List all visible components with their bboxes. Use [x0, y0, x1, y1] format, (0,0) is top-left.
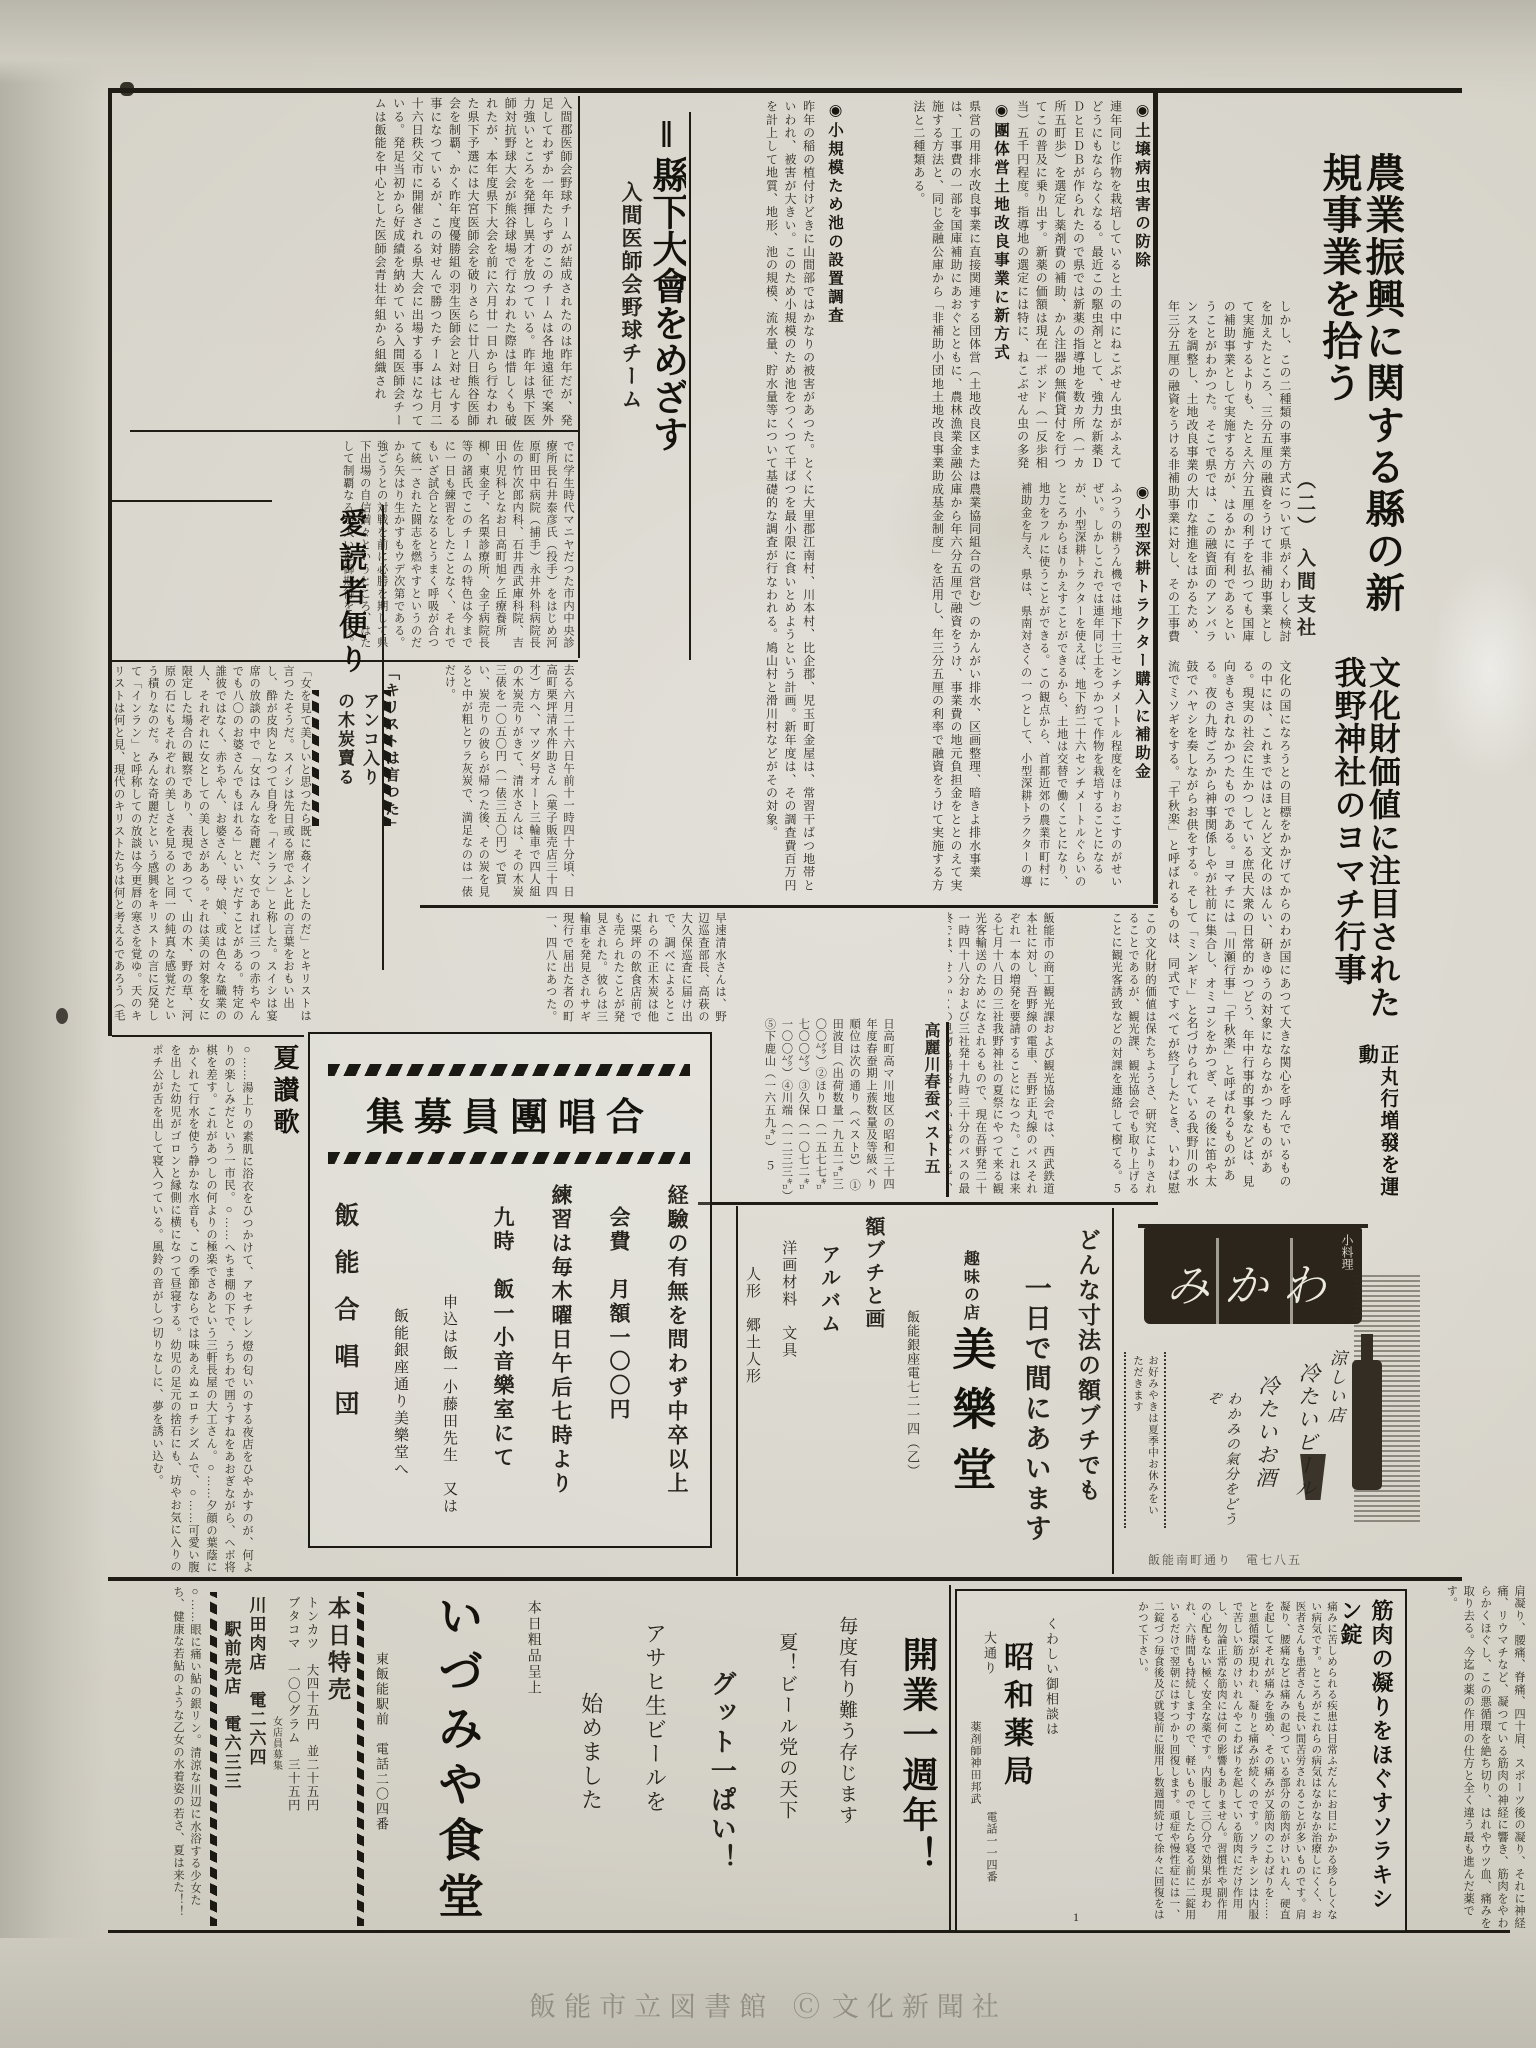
- ad-izumiya-beer1: アサヒ生ビールを: [640, 1622, 671, 1814]
- article-tractor: ◉小型深耕トラクター購入に補助金 ふつうの耕うん機では地下十三センチメートル程度…: [1015, 482, 1151, 900]
- column-natsusanka-title: 夏讃歌: [266, 1044, 303, 1574]
- bottle-illustration: [1352, 1360, 1382, 1490]
- footer-credit: 飯能市立図書館 Ⓒ文化新聞社: [529, 1985, 1007, 2024]
- wavy-rule: [328, 1152, 690, 1164]
- ad-birakudo-phone: 飯能銀座電七二一四（乙）: [903, 1310, 922, 1478]
- article-yomachi-head1: 文化財価値に注目された: [1365, 656, 1400, 1038]
- article-charcoal-body2: 早速清水さんは、野辺巡査部長、高萩の大久保巡査に届け出で、調べによるとこれらの不…: [420, 912, 728, 1028]
- article-yomachi-head2: 我野神社のヨマチ行事: [1331, 656, 1366, 1038]
- ad-choir-line1: 経驗の有無を問わず中卒以上: [662, 1184, 692, 1496]
- article-shomaru-head: 正丸行増發を運動: [1354, 1044, 1398, 1216]
- ad-choir-line4: 九時 飯一小音樂室にて: [488, 1206, 518, 1470]
- article-reservoir-head: ◉小規模ため池の設置調査: [825, 100, 844, 900]
- article-charcoal-body-text: 去る六月二十六日午前十一時四十分頃、日高町栗坪清水件助さん（菓子販売店三十四才）…: [443, 664, 574, 898]
- article-yomachi-headline: 文化財価値に注目された 我野神社のヨマチ行事: [1302, 656, 1400, 1038]
- ad-izumiya-name: いづみや食堂: [424, 1592, 490, 1928]
- ad-wakami-copy2: 冷たいビール: [1289, 1362, 1324, 1501]
- ad-birakudo-name: 美樂堂: [945, 1326, 994, 1506]
- rule-h5: [112, 1035, 304, 1037]
- wavy-rule: [312, 690, 319, 826]
- copyright-icon: Ⓒ: [793, 1992, 828, 2022]
- column-natsusanka: 夏讃歌 ○……湯上りの素肌に浴衣をひつかけて、アセチレン燈の匂いのする夜店をひや…: [113, 1044, 303, 1574]
- article-baseball-headline: ‖縣下大會をめざす 入間医師会野球チーム: [582, 115, 686, 545]
- article-soil-pest-head: ◉土壌病虫害の防除: [1132, 100, 1151, 472]
- series-headline-text: 農業振興に関する縣の新規事業を拾う: [1318, 152, 1404, 614]
- ad-wakami: 小料理 みかわ 涼しい店 冷たいビール 冷たいお酒 わかみの氣分をどうぞ お好み…: [1118, 1212, 1438, 1572]
- footer-library: 飯能市立図書館: [529, 1992, 774, 2022]
- article-silkworm-head: 高麗川春蚕ベスト五: [902, 1022, 949, 1197]
- newspaper-page: 農業振興に関する縣の新規事業を拾う （二） 入間支社 しかし、この二種類の事業方…: [0, 0, 1536, 2048]
- article-tractor-head: ◉小型深耕トラクター購入に補助金: [1132, 482, 1151, 900]
- ad-izumiya-beer2: 始めました: [576, 1692, 607, 1812]
- ad-choir-line3: 練習は毎木曜日午后七時より: [546, 1184, 576, 1496]
- article-baseball-body2-text: でに学生時代マニヤだつた市内中央診療所長石井泰彦氏（投手）をはじめ河原町田中病院…: [340, 440, 574, 649]
- ad-izumiya: 開業一週年！ 毎度有り難う存じます 夏！ビール党の天下 グット一ぱい！ アサヒ生…: [372, 1592, 944, 1930]
- article-land-improvement-body: 県営の用排水改良事業に直接関連する団体営（土地改良区または農業協同組合の営む）の…: [912, 100, 982, 892]
- ad-kawada-head: 本日特売: [321, 1596, 354, 1704]
- article-yomachi-body2-text: この文化財的価値は保たちようさ、研究によりされることであるが、観光課、観光協会で…: [1110, 912, 1156, 1195]
- ink-speck: [56, 1008, 68, 1024]
- article-soil-pest: ◉土壌病虫害の防除 連年同じ作物を栽培していると土の中にねこぶせん虫がふえてどう…: [1015, 100, 1151, 472]
- rule-v6: [949, 1585, 951, 1933]
- ad-pharmacy-intro-text: 肩凝り、腰痛、脊痛、四十肩、スポーツ後の凝り、それに神経痛、リウマチなど、凝つて…: [1445, 1585, 1525, 1929]
- rule-right-column: [1153, 92, 1158, 904]
- ad-pharmacy-intro: 肩凝り、腰痛、脊痛、四十肩、スポーツ後の凝り、それに神経痛、リウマチなど、凝つて…: [1407, 1585, 1527, 1930]
- series-intro-text: しかし、この二種類の事業方式について県がくわしく検討を加えたところ、三分五厘の融…: [1164, 300, 1292, 643]
- ad-pharmacy-shop: 昭和薬局: [993, 1641, 1037, 1793]
- article-silkworm-body: 日高町高マ川地区の昭和三十四年度春蚕期上蔟数量及等級ベり順位は次の通り（ベスト5…: [700, 1018, 896, 1198]
- series-bureau: 入間支社: [1294, 548, 1315, 640]
- footer-publisher: 文化新聞社: [832, 1992, 1007, 2022]
- ad-wakami-address: 飯能南町通り 電七八五: [1148, 1551, 1302, 1568]
- rule-v5: [1112, 1208, 1114, 1574]
- ad-izumiya-catch: グット一ぱい！: [703, 1670, 740, 1873]
- article-baseball-body2: でに学生時代マニヤだつた市内中央診療所長石井泰彦氏（投手）をはじめ河原町田中病院…: [340, 440, 576, 656]
- ad-birakudo-catch1: どんな寸法の額ブチでも: [1071, 1228, 1104, 1503]
- ad-wakami-note: お好みやきは夏季中お休みをいただきます: [1124, 1352, 1166, 1528]
- article-tractor-body: ふつうの耕うん機では地下十三センチメートル程度をほりおこすのがせいぜい。しかしこ…: [1015, 482, 1122, 888]
- article-land-improvement-head: ◉團体営土地改良事業に新方式: [991, 100, 1010, 900]
- readers-column-body-text: 「女を見て美しいと思つたら既に姦インしたのだ」とキリストは言つたそうだ。スイシは…: [113, 665, 311, 1022]
- ad-izumiya-anniversary: 開業一週年！: [893, 1636, 944, 1876]
- ad-kawada-item1: トンカツ 大四十五円 並二十五円: [302, 1596, 321, 1812]
- ad-choir-body: 経驗の有無を問わず中卒以上 会費 月額一〇〇円 練習は毎木曜日午后七時より 九時…: [326, 1184, 692, 1524]
- rule-bottom-band-top: [108, 1577, 1462, 1581]
- ad-kawada-shop1: 川田肉店 電二六四: [244, 1596, 269, 1767]
- ad-izumiya-address: 東飯能駅前 電話二〇四番: [372, 1652, 391, 1832]
- article-soil-pest-body: 連年同じ作物を栽培していると土の中にねこぶせん虫がふえてどうにもならなくなる。最…: [1015, 100, 1123, 470]
- ad-kawada-note: 女店員募集: [269, 1716, 284, 1771]
- scan-edge-left: [0, 0, 106, 2048]
- rule-v1: [578, 96, 580, 658]
- article-charcoal-head1: アンコ入り: [357, 692, 382, 824]
- noren-name: みかわ: [1144, 1250, 1362, 1314]
- ad-pharmacy-box: 筋肉の凝りをほぐすソラキシン錠 痛みに苦しめられる疾患は日常ふだんにお目にかかる…: [955, 1589, 1407, 1933]
- article-baseball-body1: 入間郡医師会野球チームが結成されたのは昨年だが、発足してわずか一年たらずのこのチ…: [373, 97, 573, 427]
- ad-birakudo-item2: アルバム: [815, 1244, 844, 1336]
- article-silkworm-body-text: 日高町高マ川地区の昭和三十四年度春蚕期上蔟数量及等級ベり順位は次の通り（ベスト5…: [763, 1018, 894, 1197]
- ad-izumiya-summer: 夏！ビール党の天下: [773, 1632, 800, 1821]
- ad-pharmacy-addr: 大通り: [980, 1631, 999, 1676]
- ad-birakudo-item4: 人形 郷土人形: [742, 1266, 763, 1385]
- ad-birakudo-shopcol: 趣味の店 美樂堂: [937, 1250, 1001, 1506]
- article-baseball-body: 入間郡医師会野球チームが結成されたのは昨年だが、発足してわずか一年たらずのこのチ…: [113, 97, 575, 427]
- rule-v2: [689, 112, 691, 660]
- scan-edge-top: [0, 0, 1536, 84]
- rule-h2: [112, 500, 272, 502]
- bottle-body: [1352, 1360, 1382, 1490]
- article-shomaru-body: 飯能市の商工観光課および観光協会では、西武鉄道本社に対し、吾野線の電車、吾野正丸…: [948, 912, 1056, 1196]
- ad-wakami-copy1: 涼しい店: [1322, 1349, 1350, 1426]
- ad-pharmacy-mark: 1: [1073, 1910, 1079, 1925]
- article-baseball-subtitle: 入間医師会野球チーム: [616, 181, 646, 545]
- readers-column-title-text: 愛読者便り: [335, 508, 366, 678]
- article-yomachi-body: 文化の国になろうとの目標をかかげてからのわが国にあつて大きな関心を呼んでいるもの…: [1164, 660, 1294, 1198]
- ad-choir-signature: 飯能合唱団: [326, 1202, 362, 1437]
- article-charcoal-body: 去る六月二十六日午前十一時四十分頃、日高町栗坪清水件助さん（菓子販売店三十四才）…: [392, 664, 576, 902]
- ad-pharmacy: 肩凝り、腰痛、脊痛、四十肩、スポーツ後の凝り、それに神経痛、リウマチなど、凝つて…: [955, 1585, 1533, 1935]
- rule-v4: [736, 1206, 738, 1576]
- rule-h1: [130, 430, 578, 432]
- article-charcoal-body2-text: 早速清水さんは、野辺巡査部長、高萩の大久保巡査に届け出で、調べによるとこれらの不…: [545, 912, 726, 1023]
- wavy-rule: [210, 1592, 217, 1926]
- column-natsusanka-tail-text: ○……眼に痛い鮎の銀リン。清涼な川辺に水浴する少女たち、健康な若鮎のような乙女の…: [172, 1586, 201, 1918]
- ad-birakudo: どんな寸法の額ブチでも 一日で間にあいます 趣味の店 美樂堂 飯能銀座電七二一四…: [742, 1210, 1104, 1572]
- ad-izumiya-gift: 本日粗品呈上: [523, 1600, 543, 1696]
- ad-wakami-copy3: 冷たいお酒: [1249, 1374, 1283, 1490]
- article-yomachi-body-text: 文化の国になろうとの目標をかかげてからのわが国にあつて大きな関心を呼んでいるもの…: [1164, 660, 1292, 1195]
- ad-pharmacy-body: 痛みに苦しめられる疾患は日常ふだんにお目にかかる珍らしくない病気です。ところがこ…: [1069, 1601, 1339, 1921]
- readers-column-body: 「女を見て美しいと思つたら既に姦インしたのだ」とキリストは言つたそうだ。スイシは…: [113, 665, 313, 1029]
- noren-curtain: 小料理 みかわ: [1144, 1228, 1362, 1324]
- ad-birakudo-shop-label: 趣味の店: [961, 1250, 978, 1322]
- column-natsusanka-body: ○……湯上りの素肌に浴衣をひつかけて、アセチレン燈の匂いのする夜店をひやかすのが…: [151, 1044, 253, 1574]
- rule-left: [108, 88, 112, 1036]
- article-charcoal-head: アンコ入り の木炭賣る: [318, 692, 382, 824]
- ad-choir-line6: 飯能銀座通り美樂堂へ: [390, 1308, 411, 1478]
- rule-h6: [698, 1202, 1158, 1205]
- article-shomaru-body-text: 飯能市の商工観光課および観光協会では、西武鉄道本社に対し、吾野線の電車、吾野正丸…: [948, 912, 1054, 1195]
- ad-pharmacy-pharmacist: 薬剤師神田邦武: [967, 1721, 983, 1805]
- ad-birakudo-catch2: 一日で間にあいます: [1017, 1274, 1056, 1544]
- ad-choir-line2: 会費 月額一〇〇円: [604, 1206, 634, 1422]
- series-intro: しかし、この二種類の事業方式について県がくわしく検討を加えたところ、三分五厘の融…: [1164, 300, 1294, 652]
- ad-pharmacy-headline: 筋肉の凝りをほぐすソラキシン錠: [1335, 1599, 1397, 1923]
- article-reservoir: ◉小規模ため池の設置調査 昨年の稲の植付けどきに山間部ではかなりの被害があつた。…: [700, 100, 844, 900]
- ad-kawada: 本日特売 トンカツ 大四十五円 並二十五円 ブタコマ 一〇〇グラム 三十五円 女…: [210, 1588, 364, 1930]
- article-land-improvement: ◉團体営土地改良事業に新方式 県営の用排水改良事業に直接関連する団体営（土地改良…: [848, 100, 1010, 900]
- rule-top: [108, 88, 1462, 93]
- wavy-rule: [357, 1592, 364, 1926]
- wavy-rule: [384, 690, 391, 826]
- series-headline: 農業振興に関する縣の新規事業を拾う: [1318, 152, 1404, 620]
- ad-kawada-item2: ブタコマ 一〇〇グラム 三十五円: [284, 1596, 303, 1812]
- ad-birakudo-item1: 額ブチと画: [859, 1216, 888, 1331]
- ad-pharmacy-consult: くわしい御相談は: [1042, 1617, 1061, 1737]
- article-reservoir-body: 昨年の稲の植付けどきに山間部ではかなりの被害があつた。とくに大里郡江南村、川本村…: [764, 100, 815, 892]
- ad-izumiya-thanks: 毎度有り難う存じます: [833, 1616, 860, 1826]
- article-silkworm-head-text: 高麗川春蚕ベスト五: [922, 1022, 939, 1175]
- rule-h4: [420, 905, 1158, 908]
- article-shomaru-head-text: 正丸行増發を運動: [1355, 1044, 1398, 1198]
- paper-stain: [1430, 560, 1536, 780]
- ad-choir-title: 集募員團唱合: [310, 1086, 710, 1141]
- article-charcoal-head2: の木炭賣る: [332, 692, 357, 824]
- readers-column-title: 愛読者便り: [300, 508, 366, 683]
- column-natsusanka-tail: ○……眼に痛い鮎の銀リン。清涼な川辺に水浴する少女たち、健康な若鮎のような乙女の…: [113, 1586, 203, 1928]
- article-baseball-headline-text: ‖縣下大會をめざす: [646, 115, 686, 545]
- ad-birakudo-item3: 洋画材料 文具: [778, 1240, 799, 1359]
- ad-wakami-copy: 涼しい店 冷たいビール 冷たいお酒 わかみの氣分をどうぞ: [1143, 1337, 1350, 1544]
- wavy-rule: [328, 1064, 690, 1076]
- ad-choir-recruiting: 集募員團唱合 経驗の有無を問わず中卒以上 会費 月額一〇〇円 練習は毎木曜日午后…: [308, 1032, 712, 1548]
- ad-wakami-copy4: わかみの氣分をどうぞ: [1198, 1390, 1243, 1539]
- ad-choir-line5: 申込は飯一小藤田先生 又は: [439, 1294, 460, 1515]
- series-part-label: （二）: [1294, 470, 1315, 539]
- ad-pharmacy-contact: くわしい御相談は 昭和薬局 大通り 薬剤師神田邦武 電話一一四番: [965, 1601, 1061, 1921]
- ad-kawada-shop2: 駅前売店 電六三三: [219, 1620, 244, 1791]
- article-yomachi-body2: この文化財的価値は保たちようさ、研究によりされることであるが、観光課、観光協会で…: [1062, 912, 1158, 1196]
- ad-pharmacy-phone: 電話一一四番: [983, 1811, 999, 1883]
